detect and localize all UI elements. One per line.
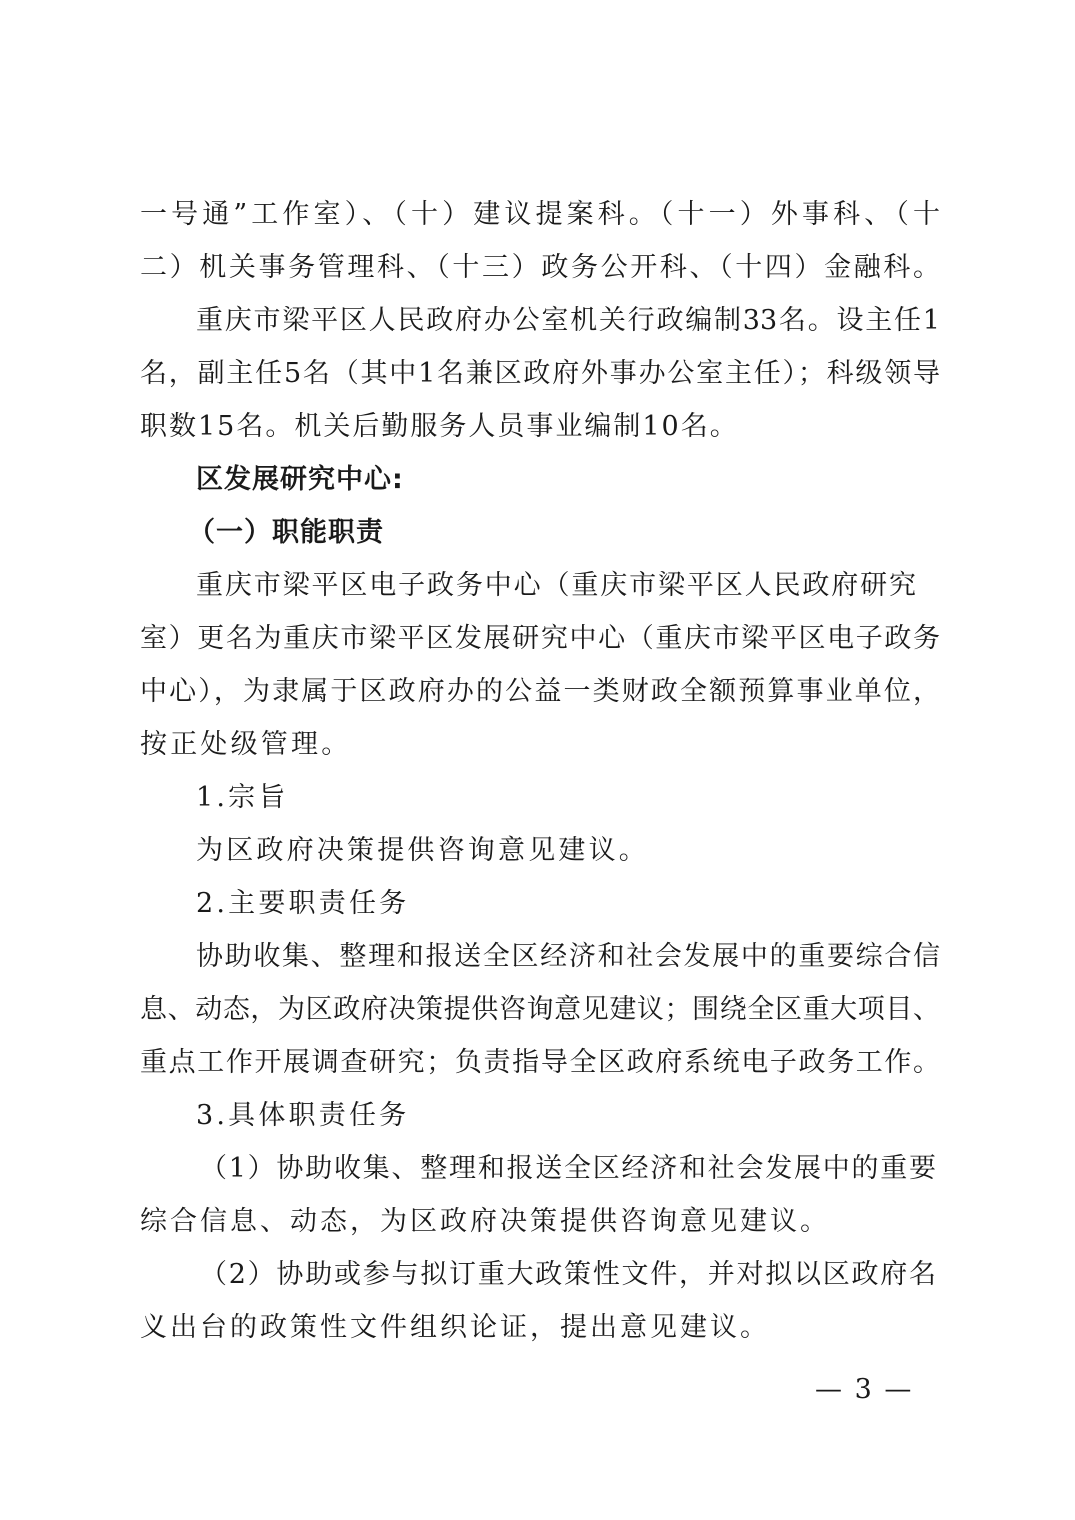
paragraph-line: 重庆市梁平区电子政务中心（重庆市梁平区人民政府研究 [196,568,916,604]
paragraph-line: 中心），为隶属于区政府办的公益一类财政全额预算事业单位， [140,674,940,710]
paragraph-line: 综合信息、动态，为区政府决策提供咨询意见建议。 [140,1204,940,1240]
section-heading: 区发展研究中心: [196,462,996,498]
paragraph-line: 重点工作开展调查研究；负责指导全区政府系统电子政务工作。 [140,1045,940,1081]
paragraph-line: （2）协助或参与拟订重大政策性文件，并对拟以区政府名 [200,1257,936,1293]
item-title: 1.宗旨 [196,780,996,816]
paragraph-line: 按正处级管理。 [140,727,940,763]
page-number: — 3 — [815,1372,913,1408]
paragraph-line: 重庆市梁平区人民政府办公室机关行政编制33名。设主任1 [196,303,940,339]
paragraph-line: 为区政府决策提供咨询意见建议。 [196,833,996,869]
section-subheading: （一）职能职责 [188,515,988,551]
paragraph-line: 一号通”工作室）、（十）建议提案科。（十一）外事科、（十 [140,197,940,233]
document-page: 一号通”工作室）、（十）建议提案科。（十一）外事科、（十 二）机关事务管理科、（… [0,0,1075,1520]
paragraph-line: 室）更名为重庆市梁平区发展研究中心（重庆市梁平区电子政务 [140,621,940,657]
item-title: 2.主要职责任务 [196,886,996,922]
paragraph-line: （1）协助收集、整理和报送全区经济和社会发展中的重要 [200,1151,936,1187]
paragraph-line: 息、动态，为区政府决策提供咨询意见建议；围绕全区重大项目、 [140,992,940,1028]
paragraph-line: 名，副主任5名（其中1名兼区政府外事办公室主任）；科级领导 [140,356,940,392]
paragraph-line: 协助收集、整理和报送全区经济和社会发展中的重要综合信 [196,939,940,975]
paragraph-line: 二）机关事务管理科、（十三）政务公开科、（十四）金融科。 [140,250,940,286]
paragraph-line: 职数15名。机关后勤服务人员事业编制10名。 [140,409,940,445]
paragraph-line: 义出台的政策性文件组织论证，提出意见建议。 [140,1310,940,1346]
item-title: 3.具体职责任务 [196,1098,996,1134]
